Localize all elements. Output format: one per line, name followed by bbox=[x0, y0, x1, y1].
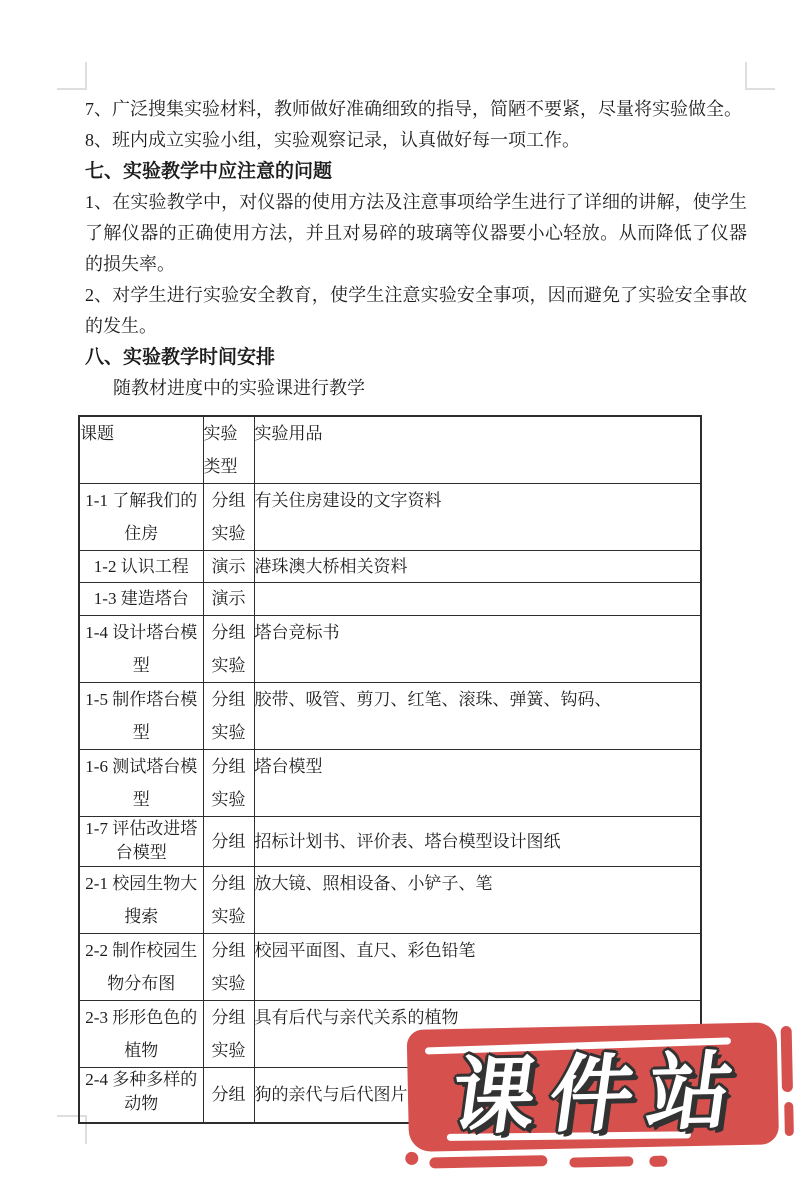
cell-topic: 1-6 测试塔台模 型 bbox=[79, 750, 203, 817]
paragraph: 7、广泛搜集实验材料，教师做好准确细致的指导，简陋不要紧，尽量将实验做全。 bbox=[85, 94, 747, 125]
cell-topic: 1-5 制作塔台模 型 bbox=[79, 683, 203, 750]
paragraph: 随教材进度中的实验课进行教学 bbox=[85, 373, 747, 404]
cell-topic: 2-3 形形色色的 植物 bbox=[79, 1001, 203, 1068]
table-row: 1-3 建造塔台演示 bbox=[79, 583, 701, 616]
stamp-brush-stroke bbox=[784, 1102, 794, 1136]
stamp-brush-stroke bbox=[429, 1155, 547, 1168]
cell-supplies: 塔台竞标书 bbox=[254, 616, 701, 683]
cell-supplies: 胶带、吸管、剪刀、红笔、滚珠、弹簧、钩码、 bbox=[254, 683, 701, 750]
crop-mark-top-left bbox=[57, 62, 87, 90]
table-header: 课题实验 类型实验用品 bbox=[79, 416, 701, 484]
cell-topic: 1-1 了解我们的 住房 bbox=[79, 484, 203, 551]
cell-supplies: 港珠澳大桥相关资料 bbox=[254, 551, 701, 583]
crop-mark-top-right bbox=[745, 62, 775, 90]
stamp-brush-stroke bbox=[649, 1156, 667, 1167]
stamp-brush-stroke bbox=[405, 1152, 418, 1165]
table-row: 1-4 设计塔台模 型分组 实验塔台竞标书 bbox=[79, 616, 701, 683]
column-header: 实验用品 bbox=[254, 416, 701, 484]
stamp-brush-stroke bbox=[781, 1026, 793, 1092]
cell-supplies: 放大镜、照相设备、小铲子、笔 bbox=[254, 867, 701, 934]
table-row: 1-5 制作塔台模 型分组 实验胶带、吸管、剪刀、红笔、滚珠、弹簧、钩码、 bbox=[79, 683, 701, 750]
table-row: 1-6 测试塔台模 型分组 实验塔台模型 bbox=[79, 750, 701, 817]
cell-supplies bbox=[254, 583, 701, 616]
section-heading: 八、实验教学时间安排 bbox=[85, 342, 747, 373]
stamp: 课件站 bbox=[398, 1012, 797, 1178]
column-header: 课题 bbox=[79, 416, 203, 484]
stamp-text-wrap: 课件站 bbox=[407, 1022, 779, 1152]
table-header-row: 课题实验 类型实验用品 bbox=[79, 416, 701, 484]
cell-type: 分组 实验 bbox=[203, 683, 254, 750]
table-row: 2-2 制作校园生 物分布图分组 实验校园平面图、直尺、彩色铅笔 bbox=[79, 934, 701, 1001]
text-flow: 7、广泛搜集实验材料，教师做好准确细致的指导，简陋不要紧，尽量将实验做全。8、班… bbox=[85, 94, 747, 404]
stamp-brush-stroke bbox=[569, 1156, 633, 1167]
cell-type: 演示 bbox=[203, 583, 254, 616]
cell-supplies: 塔台模型 bbox=[254, 750, 701, 817]
paragraph: 2、对学生进行实验安全教育，使学生注意实验安全事项，因而避免了实验安全事故的发生… bbox=[85, 280, 747, 342]
cell-type: 分组 实验 bbox=[203, 1001, 254, 1068]
section-heading: 七、实验教学中应注意的问题 bbox=[85, 156, 747, 187]
cell-supplies: 校园平面图、直尺、彩色铅笔 bbox=[254, 934, 701, 1001]
cell-topic: 2-1 校园生物大 搜索 bbox=[79, 867, 203, 934]
cell-topic: 1-4 设计塔台模 型 bbox=[79, 616, 203, 683]
table-row: 1-1 了解我们的 住房分组 实验有关住房建设的文字资料 bbox=[79, 484, 701, 551]
cell-type: 分组 实验 bbox=[203, 934, 254, 1001]
table-row: 2-1 校园生物大 搜索分组 实验放大镜、照相设备、小铲子、笔 bbox=[79, 867, 701, 934]
cell-supplies: 招标计划书、评价表、塔台模型设计图纸 bbox=[254, 817, 701, 867]
cell-supplies: 有关住房建设的文字资料 bbox=[254, 484, 701, 551]
cell-type: 分组 实验 bbox=[203, 750, 254, 817]
paragraph: 8、班内成立实验小组，实验观察记录，认真做好每一项工作。 bbox=[85, 125, 747, 156]
cell-type: 演示 bbox=[203, 551, 254, 583]
paragraph: 1、在实验教学中，对仪器的使用方法及注意事项给学生进行了详细的讲解，使学生了解仪… bbox=[85, 187, 747, 280]
cell-type: 分组 bbox=[203, 817, 254, 867]
cell-type: 分组 实验 bbox=[203, 484, 254, 551]
table-row: 1-7 评估改进塔 台模型分组招标计划书、评价表、塔台模型设计图纸 bbox=[79, 817, 701, 867]
cell-topic: 1-3 建造塔台 bbox=[79, 583, 203, 616]
table-row: 1-2 认识工程演示港珠澳大桥相关资料 bbox=[79, 551, 701, 583]
cell-type: 分组 bbox=[203, 1068, 254, 1123]
cell-type: 分组 实验 bbox=[203, 867, 254, 934]
cell-topic: 1-2 认识工程 bbox=[79, 551, 203, 583]
cell-type: 分组 实验 bbox=[203, 616, 254, 683]
column-header: 实验 类型 bbox=[203, 416, 254, 484]
cell-topic: 1-7 评估改进塔 台模型 bbox=[79, 817, 203, 867]
document-page: 7、广泛搜集实验材料，教师做好准确细致的指导，简陋不要紧，尽量将实验做全。8、班… bbox=[0, 0, 800, 1200]
cell-topic: 2-2 制作校园生 物分布图 bbox=[79, 934, 203, 1001]
cell-topic: 2-4 多种多样的 动物 bbox=[79, 1068, 203, 1123]
stamp-text: 课件站 bbox=[445, 1023, 756, 1151]
